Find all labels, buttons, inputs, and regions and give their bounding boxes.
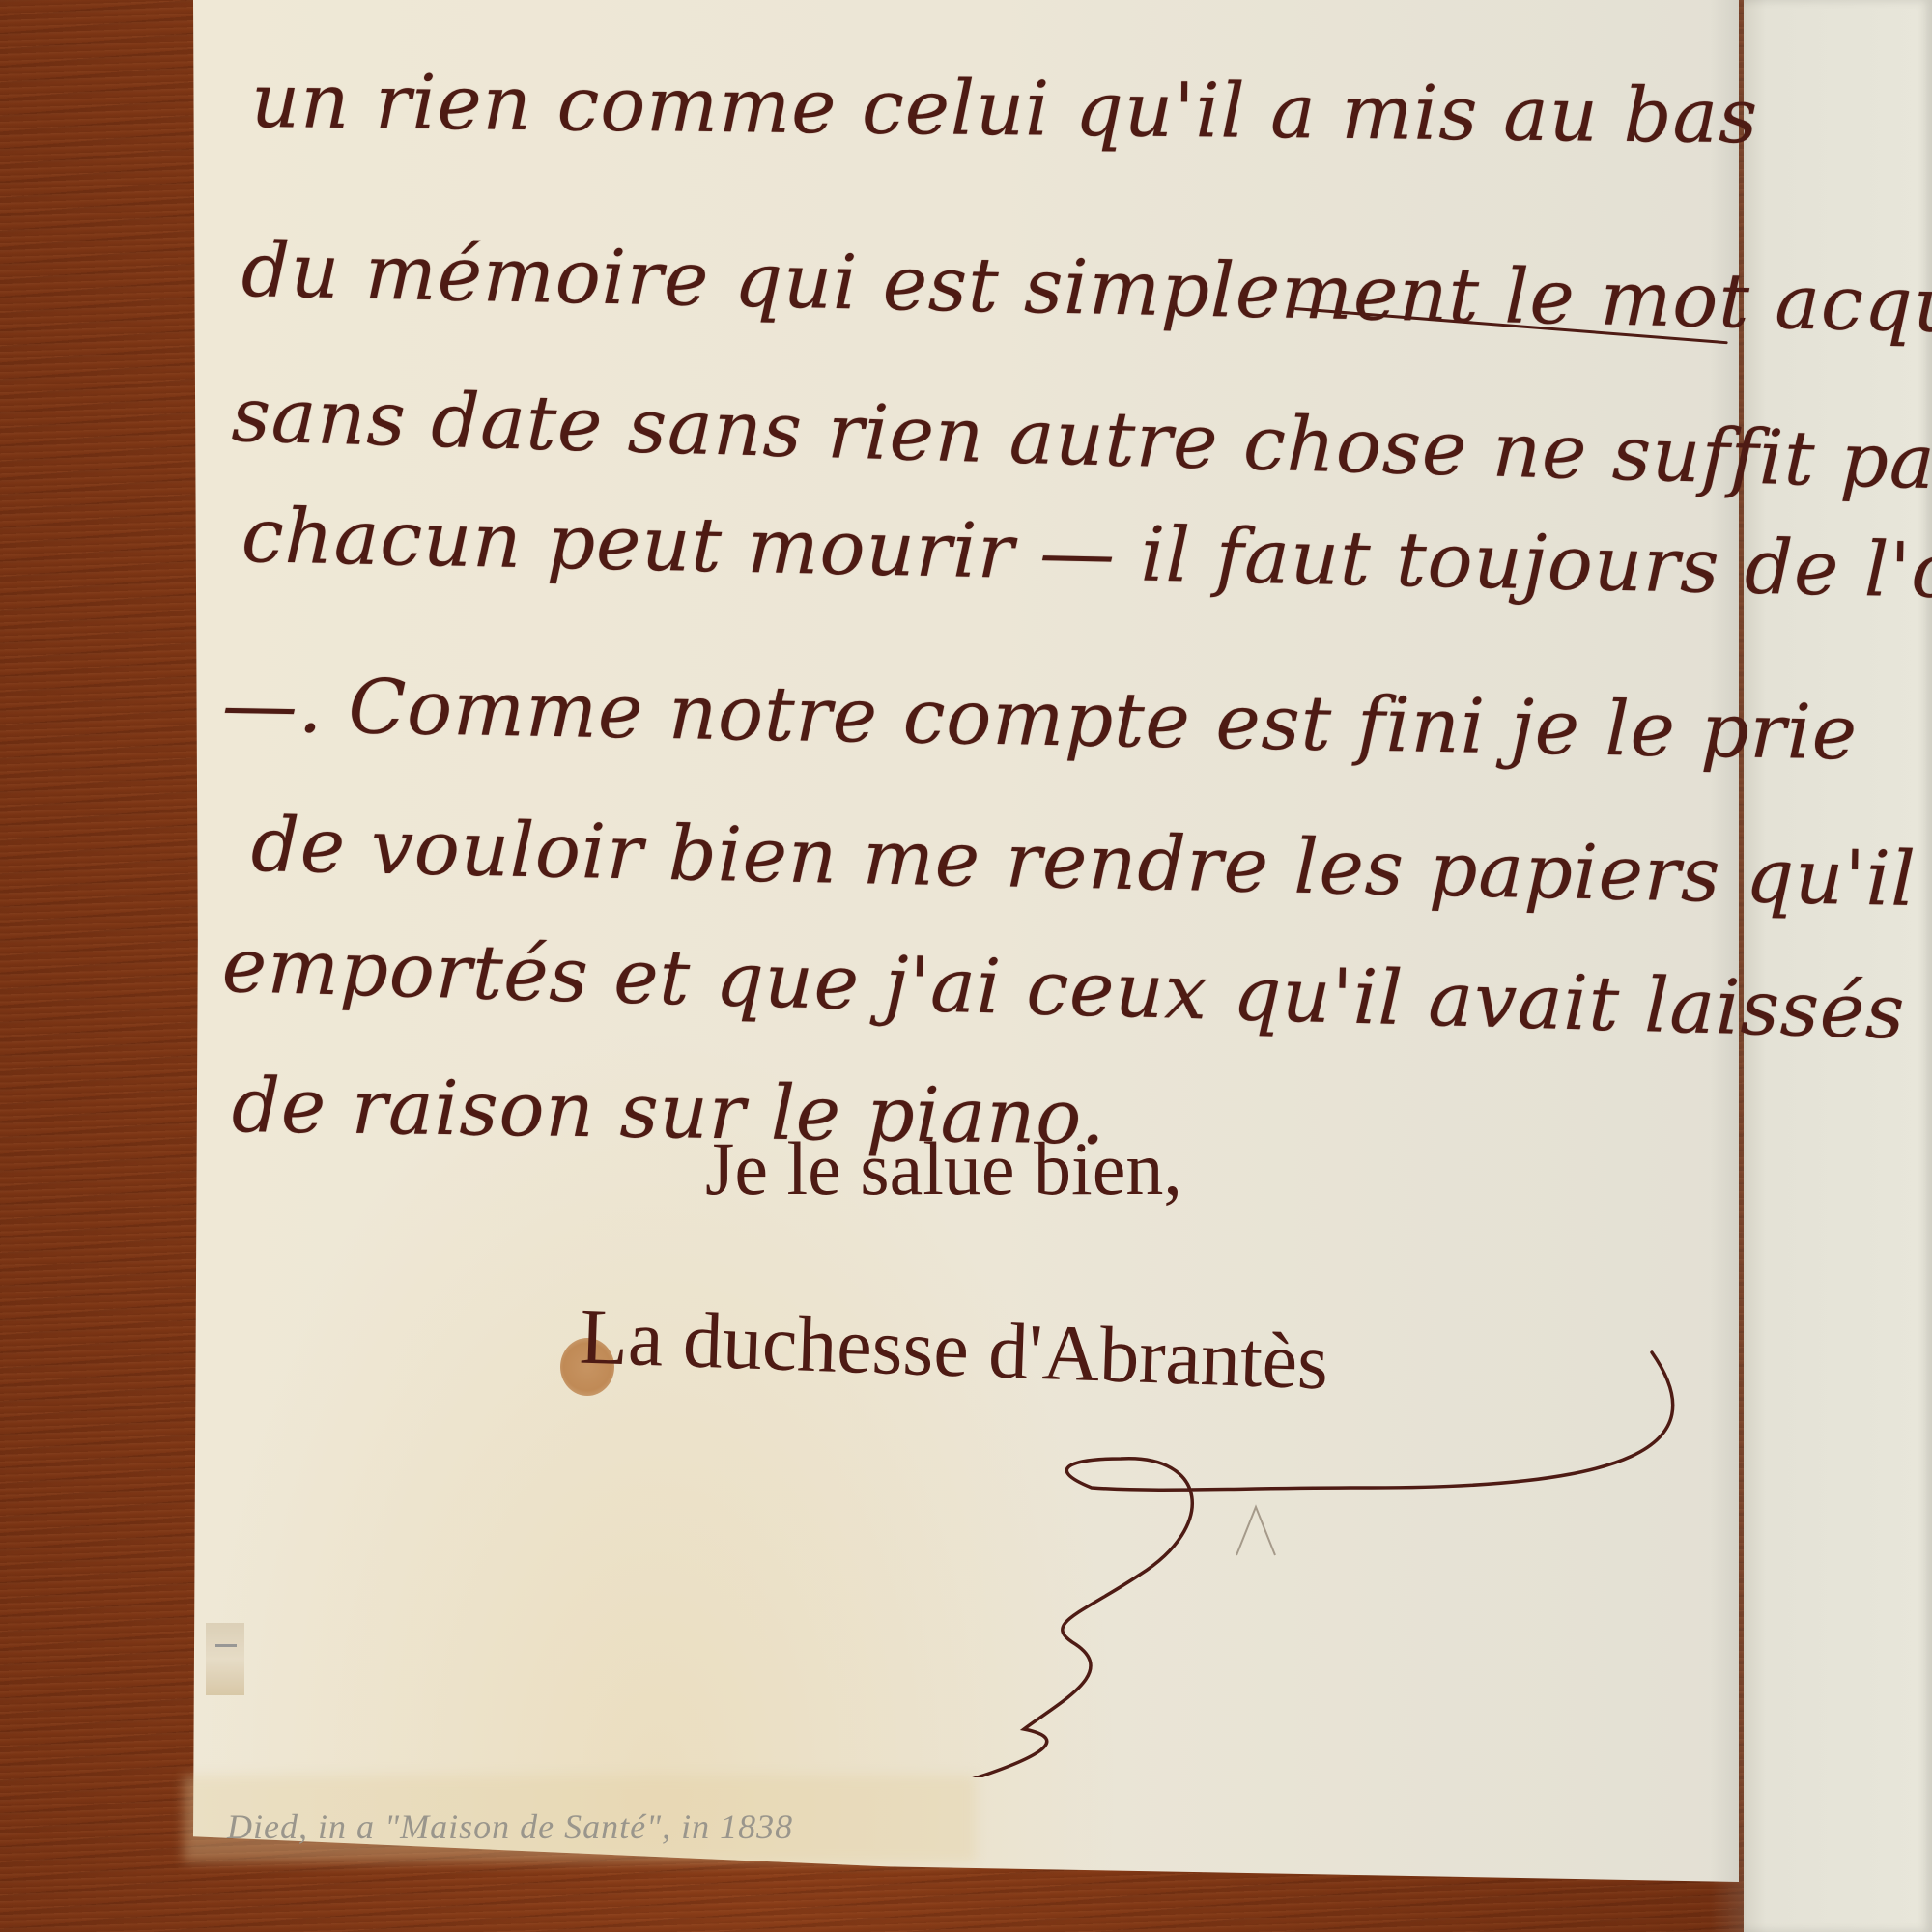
tape-remnant [206,1623,244,1695]
signature-flourish [753,1333,1719,1777]
letter-closing: Je le salue bien, [705,1125,1182,1212]
pencil-annotation: Died, in a "Maison de Santé", in 1838 [227,1806,793,1847]
letter-line: un rien comme celui qu'il a mis au bas [251,58,1759,160]
